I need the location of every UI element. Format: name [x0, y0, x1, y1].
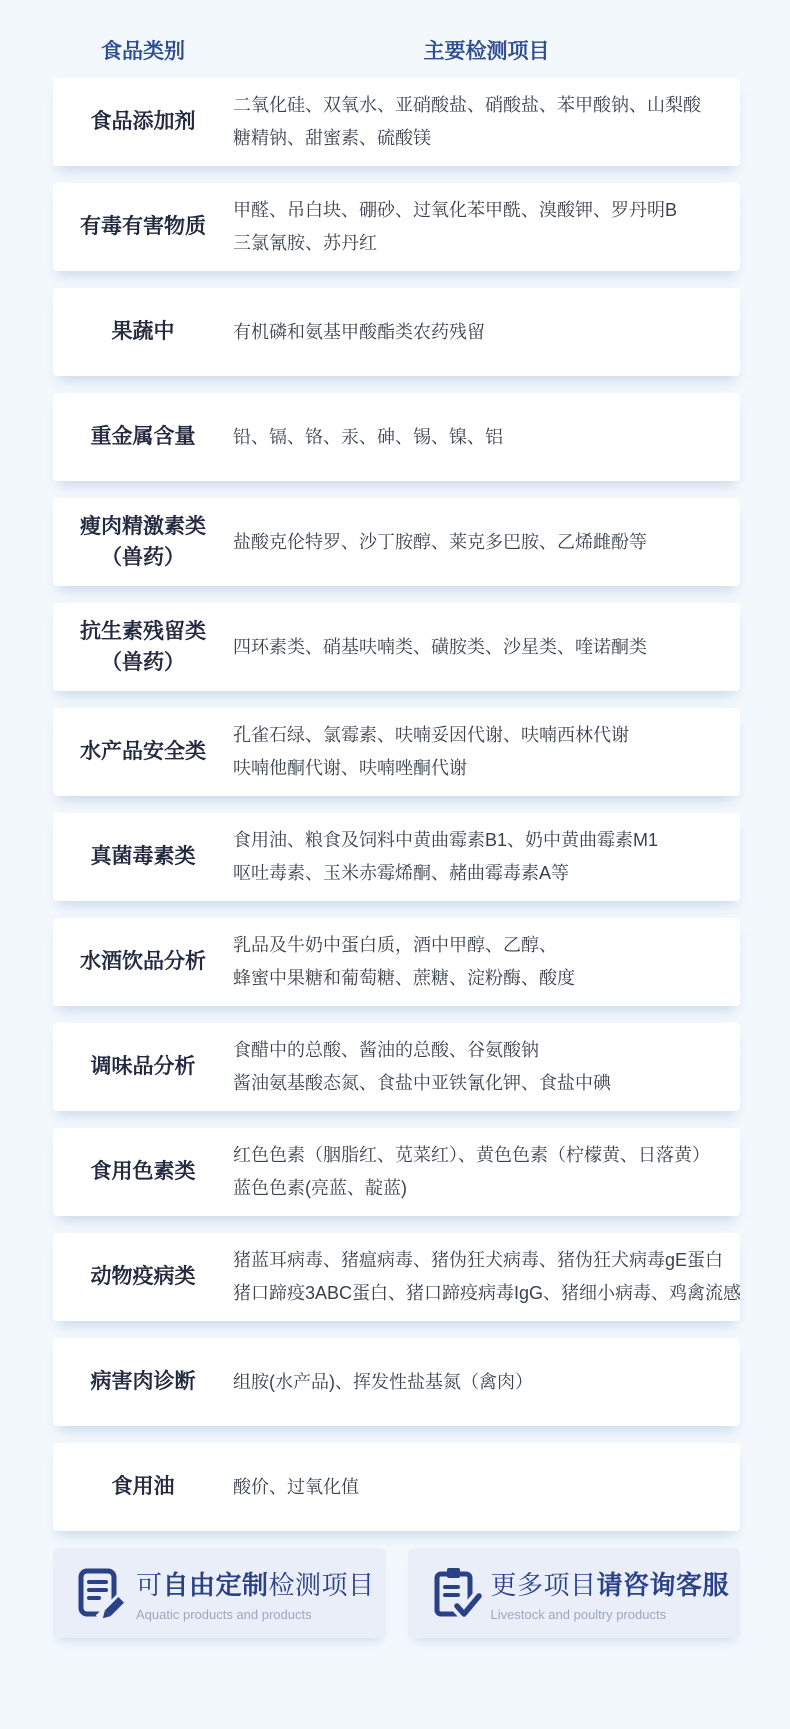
row-category: 瘦肉精激素类 （兽药）	[53, 511, 233, 574]
row-category: 动物疫病类	[53, 1261, 233, 1293]
row-items-line1: 二氧化硅、双氧水、亚硝酸盐、硝酸盐、苯甲酸钠、山梨酸	[233, 89, 720, 122]
row-category-text: 水产品安全类	[53, 736, 233, 768]
row-category: 水酒饮品分析	[53, 946, 233, 978]
row-category: 水产品安全类	[53, 736, 233, 768]
row-items: 二氧化硅、双氧水、亚硝酸盐、硝酸盐、苯甲酸钠、山梨酸 糖精钠、甜蜜素、硫酸镁	[233, 89, 740, 155]
row-category-text: 食品添加剂	[53, 106, 233, 138]
table-row: 病害肉诊断 组胺(水产品)、挥发性盐基氮（禽肉）	[53, 1338, 740, 1426]
row-items: 四环素类、硝基呋喃类、磺胺类、沙星类、喹诺酮类	[233, 631, 740, 664]
table-row: 真菌毒素类 食用油、粮食及饲料中黄曲霉素B1、奶中黄曲霉素M1 呕吐毒素、玉米赤…	[53, 813, 740, 901]
row-items-line1: 组胺(水产品)、挥发性盐基氮（禽肉）	[233, 1366, 720, 1399]
row-items-line1: 红色色素（胭脂红、苋菜红）、黄色色素（柠檬黄、日落黄）	[233, 1139, 720, 1172]
table-row: 瘦肉精激素类 （兽药） 盐酸克伦特罗、沙丁胺醇、莱克多巴胺、乙烯雌酚等	[53, 498, 740, 586]
contact-support-card-text: 更多项目请咨询客服 Livestock and poultry products	[491, 1565, 730, 1622]
row-items-line1: 食用油、粮食及饲料中黄曲霉素B1、奶中黄曲霉素M1	[233, 824, 720, 857]
row-items-line1: 食醋中的总酸、酱油的总酸、谷氨酸钠	[233, 1034, 720, 1067]
table-row: 果蔬中 有机磷和氨基甲酸酯类农药残留	[53, 288, 740, 376]
contact-support-card[interactable]: 更多项目请咨询客服 Livestock and poultry products	[408, 1548, 741, 1638]
row-category-text: 有毒有害物质	[53, 211, 233, 243]
row-category-text: 果蔬中	[53, 316, 233, 348]
row-category-text: 动物疫病类	[53, 1261, 233, 1293]
row-category: 病害肉诊断	[53, 1366, 233, 1398]
table-rows-container: 食品添加剂 二氧化硅、双氧水、亚硝酸盐、硝酸盐、苯甲酸钠、山梨酸 糖精钠、甜蜜素…	[53, 78, 740, 1531]
custom-testing-card-subtitle: Aquatic products and products	[136, 1607, 375, 1622]
row-category: 有毒有害物质	[53, 211, 233, 243]
custom-testing-card-text: 可自由定制检测项目 Aquatic products and products	[136, 1565, 375, 1622]
title-prefix: 可	[136, 1570, 163, 1600]
title-bold: 自由定制	[163, 1570, 269, 1600]
row-items-line1: 乳品及牛奶中蛋白质，酒中甲醇、乙醇、	[233, 929, 720, 962]
footer-cards: 可自由定制检测项目 Aquatic products and products …	[53, 1548, 740, 1638]
table-row: 水酒饮品分析 乳品及牛奶中蛋白质，酒中甲醇、乙醇、 蜂蜜中果糖和葡萄糖、蔗糖、淀…	[53, 918, 740, 1006]
table-row: 动物疫病类 猪蓝耳病毒、猪瘟病毒、猪伪狂犬病毒、猪伪狂犬病毒gE蛋白 猪口蹄疫3…	[53, 1233, 740, 1321]
row-items: 铅、镉、铬、汞、砷、锡、镍、铝	[233, 421, 740, 454]
table-row: 食品添加剂 二氧化硅、双氧水、亚硝酸盐、硝酸盐、苯甲酸钠、山梨酸 糖精钠、甜蜜素…	[53, 78, 740, 166]
title-bold: 请咨询客服	[597, 1570, 730, 1600]
row-items-line1: 甲醛、吊白块、硼砂、过氧化苯甲酰、溴酸钾、罗丹明B	[233, 194, 720, 227]
row-category: 果蔬中	[53, 316, 233, 348]
title-suffix: 检测项目	[269, 1570, 375, 1600]
food-testing-table-page: 食品类别 主要检测项目 食品添加剂 二氧化硅、双氧水、亚硝酸盐、硝酸盐、苯甲酸钠…	[0, 0, 790, 1729]
row-category: 食品添加剂	[53, 106, 233, 138]
row-items-line2: 呕吐毒素、玉米赤霉烯酮、赭曲霉毒素A等	[233, 857, 720, 890]
items-column-header: 主要检测项目	[233, 35, 740, 65]
row-category-subtext: （兽药）	[53, 542, 233, 574]
custom-testing-card[interactable]: 可自由定制检测项目 Aquatic products and products	[53, 1548, 386, 1638]
row-category-text: 食用油	[53, 1471, 233, 1503]
table-row: 食用油 酸价、过氧化值	[53, 1443, 740, 1531]
row-items: 组胺(水产品)、挥发性盐基氮（禽肉）	[233, 1366, 740, 1399]
contact-support-card-title: 更多项目请咨询客服	[491, 1565, 730, 1602]
row-items: 孔雀石绿、氯霉素、呋喃妥因代谢、呋喃西林代谢 呋喃他酮代谢、呋喃唑酮代谢	[233, 719, 740, 785]
title-prefix: 更多项目	[491, 1570, 597, 1600]
table-row: 有毒有害物质 甲醛、吊白块、硼砂、过氧化苯甲酰、溴酸钾、罗丹明B 三氯氰胺、苏丹…	[53, 183, 740, 271]
row-category-text: 水酒饮品分析	[53, 946, 233, 978]
row-items-line2: 呋喃他酮代谢、呋喃唑酮代谢	[233, 752, 720, 785]
row-items: 酸价、过氧化值	[233, 1471, 740, 1504]
row-items-line2: 酱油氨基酸态氮、食盐中亚铁氰化钾、食盐中碘	[233, 1067, 720, 1100]
row-items: 食醋中的总酸、酱油的总酸、谷氨酸钠 酱油氨基酸态氮、食盐中亚铁氰化钾、食盐中碘	[233, 1034, 740, 1100]
table-row: 调味品分析 食醋中的总酸、酱油的总酸、谷氨酸钠 酱油氨基酸态氮、食盐中亚铁氰化钾…	[53, 1023, 740, 1111]
row-items-line2: 猪口蹄疫3ABC蛋白、猪口蹄疫病毒IgG、猪细小病毒、鸡禽流感	[233, 1277, 740, 1310]
row-items-line2: 糖精钠、甜蜜素、硫酸镁	[233, 122, 720, 155]
row-items-line2: 蓝色色素(亮蓝、靛蓝)	[233, 1172, 720, 1205]
row-items: 红色色素（胭脂红、苋菜红）、黄色色素（柠檬黄、日落黄） 蓝色色素(亮蓝、靛蓝)	[233, 1139, 740, 1205]
table-row: 食用色素类 红色色素（胭脂红、苋菜红）、黄色色素（柠檬黄、日落黄） 蓝色色素(亮…	[53, 1128, 740, 1216]
row-items-line1: 酸价、过氧化值	[233, 1471, 720, 1504]
table-row: 抗生素残留类 （兽药） 四环素类、硝基呋喃类、磺胺类、沙星类、喹诺酮类	[53, 603, 740, 691]
row-category-subtext: （兽药）	[53, 647, 233, 679]
row-items-line1: 四环素类、硝基呋喃类、磺胺类、沙星类、喹诺酮类	[233, 631, 720, 664]
row-category-text: 抗生素残留类	[53, 616, 233, 648]
row-items-line1: 铅、镉、铬、汞、砷、锡、镍、铝	[233, 421, 720, 454]
contact-support-card-subtitle: Livestock and poultry products	[491, 1607, 730, 1622]
row-items-line1: 猪蓝耳病毒、猪瘟病毒、猪伪狂犬病毒、猪伪狂犬病毒gE蛋白	[233, 1244, 740, 1277]
row-category: 真菌毒素类	[53, 841, 233, 873]
row-category: 调味品分析	[53, 1051, 233, 1083]
custom-testing-card-title: 可自由定制检测项目	[136, 1565, 375, 1602]
row-category: 食用色素类	[53, 1156, 233, 1188]
row-category-text: 真菌毒素类	[53, 841, 233, 873]
table-row: 水产品安全类 孔雀石绿、氯霉素、呋喃妥因代谢、呋喃西林代谢 呋喃他酮代谢、呋喃唑…	[53, 708, 740, 796]
row-items: 乳品及牛奶中蛋白质，酒中甲醇、乙醇、 蜂蜜中果糖和葡萄糖、蔗糖、淀粉酶、酸度	[233, 929, 740, 995]
table-header: 食品类别 主要检测项目	[53, 36, 740, 64]
row-category-text: 病害肉诊断	[53, 1366, 233, 1398]
row-items: 甲醛、吊白块、硼砂、过氧化苯甲酰、溴酸钾、罗丹明B 三氯氰胺、苏丹红	[233, 194, 740, 260]
row-items: 猪蓝耳病毒、猪瘟病毒、猪伪狂犬病毒、猪伪狂犬病毒gE蛋白 猪口蹄疫3ABC蛋白、…	[233, 1244, 740, 1310]
row-items-line2: 蜂蜜中果糖和葡萄糖、蔗糖、淀粉酶、酸度	[233, 962, 720, 995]
document-pencil-icon	[73, 1565, 129, 1621]
row-items-line2: 三氯氰胺、苏丹红	[233, 227, 720, 260]
row-category: 抗生素残留类 （兽药）	[53, 616, 233, 679]
row-items-line1: 盐酸克伦特罗、沙丁胺醇、莱克多巴胺、乙烯雌酚等	[233, 526, 720, 559]
row-category: 食用油	[53, 1471, 233, 1503]
row-items: 食用油、粮食及饲料中黄曲霉素B1、奶中黄曲霉素M1 呕吐毒素、玉米赤霉烯酮、赭曲…	[233, 824, 740, 890]
row-items: 有机磷和氨基甲酸酯类农药残留	[233, 316, 740, 349]
category-column-header: 食品类别	[53, 35, 233, 65]
row-category-text: 瘦肉精激素类	[53, 511, 233, 543]
row-category-text: 重金属含量	[53, 421, 233, 453]
table-row: 重金属含量 铅、镉、铬、汞、砷、锡、镍、铝	[53, 393, 740, 481]
row-items: 盐酸克伦特罗、沙丁胺醇、莱克多巴胺、乙烯雌酚等	[233, 526, 740, 559]
row-category-text: 调味品分析	[53, 1051, 233, 1083]
row-category: 重金属含量	[53, 421, 233, 453]
row-items-line1: 孔雀石绿、氯霉素、呋喃妥因代谢、呋喃西林代谢	[233, 719, 720, 752]
row-items-line1: 有机磷和氨基甲酸酯类农药残留	[233, 316, 720, 349]
clipboard-check-icon	[428, 1565, 484, 1621]
row-category-text: 食用色素类	[53, 1156, 233, 1188]
